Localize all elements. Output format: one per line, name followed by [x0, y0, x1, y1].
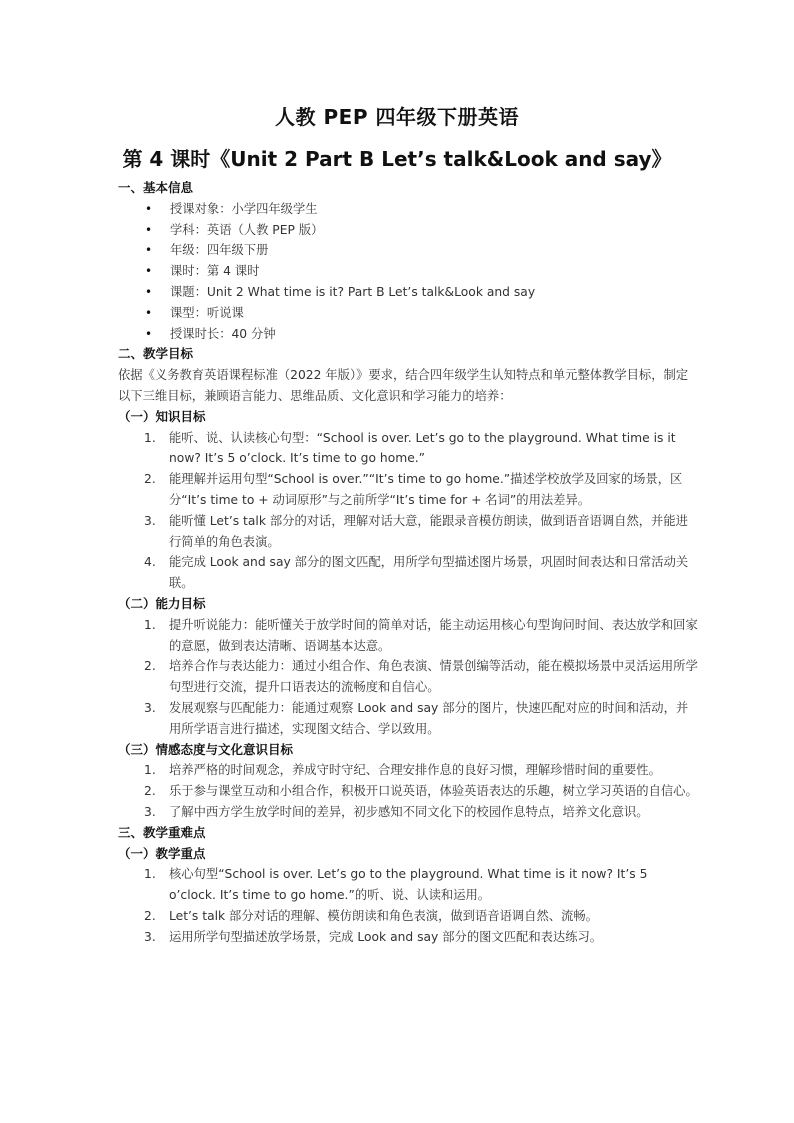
document-title: 人教 PEP 四年级下册英语: [0, 101, 794, 130]
list-item: 3.运用所学句型描述放学场景，完成 Look and say 部分的图文匹配和表…: [118, 927, 698, 948]
subsection-heading-ability: （二）能力目标: [118, 594, 698, 615]
list-item: •课时：第 4 课时: [118, 261, 698, 282]
section-heading-key-points: 三、教学重难点: [118, 823, 698, 844]
list-item: 2.乐于参与课堂互动和小组合作，积极开口说英语，体验英语表达的乐趣，树立学习英语…: [118, 781, 698, 802]
list-item: 2.Let’s talk 部分对话的理解、模仿朗读和角色表演，做到语音语调自然、…: [118, 906, 698, 927]
knowledge-goals-list: 1.能听、说、认读核心句型：“School is over. Let’s go …: [118, 428, 698, 594]
subsection-heading-knowledge: （一）知识目标: [118, 407, 698, 428]
list-item: •学科：英语（人教 PEP 版）: [118, 220, 698, 241]
subsection-heading-focus: （一）教学重点: [118, 844, 698, 865]
list-item: 4.能完成 Look and say 部分的图文匹配，用所学句型描述图片场景，巩…: [118, 552, 698, 594]
list-item: •课题：Unit 2 What time is it? Part B Let’s…: [118, 282, 698, 303]
list-item: 2.能理解并运用句型“School is over.”“It’s time to…: [118, 469, 698, 511]
list-item: 1.核心句型“School is over. Let’s go to the p…: [118, 864, 698, 906]
section-heading-objectives: 二、教学目标: [118, 344, 698, 365]
focus-points-list: 1.核心句型“School is over. Let’s go to the p…: [118, 864, 698, 947]
list-item: 2.培养合作与表达能力：通过小组合作、角色表演、情景创编等活动，能在模拟场景中灵…: [118, 656, 698, 698]
bullet-icon: •: [145, 220, 152, 241]
section-heading-basic-info: 一、基本信息: [118, 178, 698, 199]
list-item: •授课时长：40 分钟: [118, 324, 698, 345]
subsection-heading-affective: （三）情感态度与文化意识目标: [118, 740, 698, 761]
document-page: 人教 PEP 四年级下册英语 第 4 课时《Unit 2 Part B Let’…: [0, 0, 794, 1123]
list-item: 1.培养严格的时间观念，养成守时守纪、合理安排作息的良好习惯，理解珍惜时间的重要…: [118, 760, 698, 781]
list-item: 1.提升听说能力：能听懂关于放学时间的简单对话，能主动运用核心句型询问时间、表达…: [118, 615, 698, 657]
basic-info-list: •授课对象：小学四年级学生 •学科：英语（人教 PEP 版） •年级：四年级下册…: [118, 199, 698, 345]
bullet-icon: •: [145, 199, 152, 220]
bullet-icon: •: [145, 240, 152, 261]
list-item: 3.发展观察与匹配能力：能通过观察 Look and say 部分的图片，快速匹…: [118, 698, 698, 740]
list-item: 1.能听、说、认读核心句型：“School is over. Let’s go …: [118, 428, 698, 470]
bullet-icon: •: [145, 303, 152, 324]
list-item: •授课对象：小学四年级学生: [118, 199, 698, 220]
list-item: 3.了解中西方学生放学时间的差异，初步感知不同文化下的校园作息特点，培养文化意识…: [118, 802, 698, 823]
list-item: 3.能听懂 Let’s talk 部分的对话，理解对话大意，能跟录音模仿朗读，做…: [118, 511, 698, 553]
objectives-intro: 依据《义务教育英语课程标准（2022 年版）》要求，结合四年级学生认知特点和单元…: [118, 365, 698, 407]
affective-goals-list: 1.培养严格的时间观念，养成守时守纪、合理安排作息的良好习惯，理解珍惜时间的重要…: [118, 760, 698, 822]
document-body: 一、基本信息 •授课对象：小学四年级学生 •学科：英语（人教 PEP 版） •年…: [118, 178, 698, 947]
list-item: •课型：听说课: [118, 303, 698, 324]
bullet-icon: •: [145, 282, 152, 303]
list-item: •年级：四年级下册: [118, 240, 698, 261]
ability-goals-list: 1.提升听说能力：能听懂关于放学时间的简单对话，能主动运用核心句型询问时间、表达…: [118, 615, 698, 740]
document-subtitle: 第 4 课时《Unit 2 Part B Let’s talk&Look and…: [0, 143, 794, 172]
bullet-icon: •: [145, 261, 152, 282]
bullet-icon: •: [145, 324, 152, 345]
